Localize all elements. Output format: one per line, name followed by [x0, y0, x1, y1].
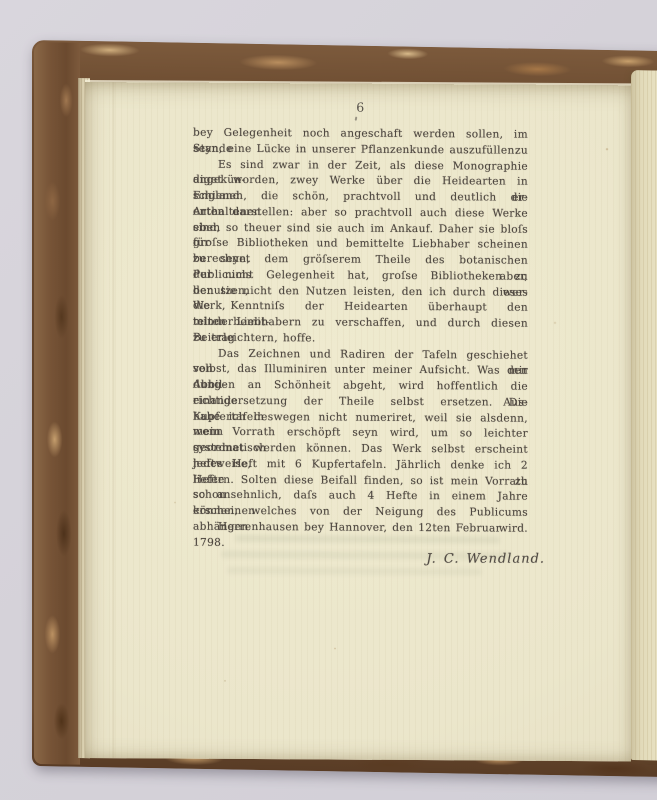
page-number: 6: [193, 99, 528, 116]
text-line: bey Gelegenheit noch angeschaft werden s…: [193, 126, 528, 144]
author-signature: J. C. Wendland.: [193, 552, 545, 567]
text-block: bey Gelegenheit noch angeschaft werden s…: [193, 126, 528, 538]
ink-showthrough: [227, 567, 482, 576]
text-line: zu seyn, dem gröſserem Theile des botani…: [193, 252, 528, 270]
text-line: können, welches von der Neigung des Publ…: [193, 504, 528, 522]
text-line: Arten darstellen: aber so prachtvoll auc…: [193, 204, 528, 222]
text-line: geordnet werden können. Das Werk selbst …: [193, 441, 528, 459]
printer-mark: [355, 116, 358, 120]
next-pages-fore-edge: [631, 70, 657, 761]
text-line: telten Liebhabern zu verschaffen, und du…: [193, 315, 528, 333]
text-line: schienen, die schön, prachtvoll und deut…: [193, 189, 528, 207]
text-line: einandersetzung der Theile selbst ersetz…: [193, 393, 528, 411]
text-line: dungen an Schönheit abgeht, wird hoffent…: [193, 378, 528, 396]
book: 6 bey Gelegenheit noch angeschaft werden…: [32, 40, 657, 766]
book-left-leather-edge: [34, 42, 80, 765]
text-line: zu erleichtern, hoffe.: [193, 330, 528, 348]
text-line: der nicht Gelegenheit hat, groſse Biblio…: [193, 267, 528, 285]
ink-showthrough: [235, 535, 500, 544]
text-line: seyn, eine Lücke in unserer Pflanzenkund…: [193, 141, 528, 159]
text-line: jedes Heft mit 6 Kupfertafeln. Jährlich …: [193, 456, 528, 474]
scan-backdrop: 6 bey Gelegenheit noch angeschaft werden…: [0, 0, 657, 800]
book-page: 6 bey Gelegenheit noch angeschaft werden…: [85, 82, 631, 761]
